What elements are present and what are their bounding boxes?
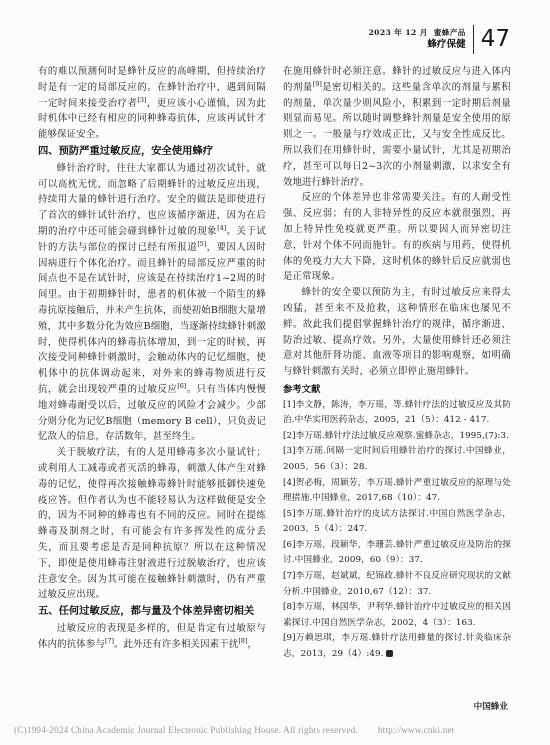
- references-heading: 参考文献: [283, 382, 511, 398]
- paragraph: 过敏反应的表现是多样的，但是肯定有过敏原与体内的抗体参与[7]。此外还有许多相关…: [38, 621, 266, 653]
- page-header: 2023 年 12 月蜜蜂产品 蜂疗保健 47: [369, 25, 511, 54]
- reference-item: [4]贺必梅，周颖芳，李万瑶.蜂针严重过敏反应的原理与处理措施.中国蜂业，201…: [283, 476, 511, 507]
- copyright-text: (C)1994-2024 China Academic Journal Elec…: [14, 725, 358, 735]
- section-heading: 五、任何过敏反应，都与量及个体差异密切相关: [38, 604, 266, 620]
- header-divider: [473, 25, 474, 54]
- journal-page: 2023 年 12 月蜜蜂产品 蜂疗保健 47 有的难以预测何时是蜂针反应的高峰…: [0, 0, 550, 745]
- issue-line: 2023 年 12 月蜜蜂产品: [369, 28, 466, 37]
- reference-item: [2]李万瑶.蜂针疗法过敏反应观察.蜜蜂杂志，1995,(7):3.: [283, 429, 511, 445]
- right-column: 在施用蜂针时必须注意。蜂针的过敏反应与进入体内的剂量[9]是密切相关的。这些量含…: [283, 64, 511, 698]
- paragraph: 关于脱敏疗法，有的人是用蜂毒多次小量试针；或利用人工减毒或者灭活的蜂毒，刺激人体…: [38, 445, 266, 603]
- reference-item: [5]李万瑶.蜂针治疗的皮试方法探讨.中国自然医学杂志，2003，5（4）：24…: [283, 507, 511, 538]
- paragraph: 蜂针治疗时，往往大家都认为通过初次试针，就可以高枕无忧，而忽略了后期蜂针的过敏反…: [38, 161, 266, 445]
- section-heading: 四、预防严重过敏反应，安全使用蜂疗: [38, 144, 266, 160]
- series-title: 蜜蜂产品: [434, 28, 466, 37]
- column-title: 蜂疗保健: [369, 39, 466, 51]
- journal-name: 中国蜂业: [474, 700, 508, 712]
- reference-item: [3]李万瑶.间隔一定时间后用蜂针治疗的探讨.中国蜂业，2005，56（3）：2…: [283, 444, 511, 475]
- cnki-url: http://www.cnki.net: [378, 725, 455, 735]
- page-number: 47: [481, 28, 510, 51]
- reference-item: [9]万赖思琪，李万瑶.蜂针疗法用蜂量的探讨.针灸临床杂志，2013，29（4）…: [283, 631, 511, 662]
- copyright-footer: (C)1994-2024 China Academic Journal Elec…: [14, 725, 455, 735]
- paragraph: 有的难以预测何时是蜂针反应的高峰期，但持续治疗时是有一定的局部反应的。在蜂针治疗…: [38, 64, 266, 143]
- paragraph: 反应的个体差异也非常需要关注。有的人耐受性强、反应弱；有的人非特异性的反应本就很…: [283, 190, 511, 285]
- reference-item: [8]李万瑶，林国华，尹利华.蜂针治疗中过敏反应的相关因素探讨.中国自然医学杂志…: [283, 600, 511, 631]
- article-body: 有的难以预测何时是蜂针反应的高峰期，但持续治疗时是有一定的局部反应的。在蜂针治疗…: [38, 64, 512, 698]
- reference-item: [7]李万瑶，赵斌斌，纪锦政.蜂针不良反应研究现状的文献分析.中国蜂业，2010…: [283, 569, 511, 600]
- reference-item: [1]李文静，陈涛，李万瑶，等.蜂针疗法的过敏反应及其防治.中华实用医药杂志，2…: [283, 398, 511, 429]
- paragraph: 蜂针的安全要以预防为主，有时过敏反应来得太凶猛，甚至来不及抢救，这种情形在临床也…: [283, 285, 511, 380]
- paragraph: 在施用蜂针时必须注意。蜂针的过敏反应与进入体内的剂量[9]是密切相关的。这些量含…: [283, 64, 511, 190]
- left-column: 有的难以预测何时是蜂针反应的高峰期，但持续治疗时是有一定的局部反应的。在蜂针治疗…: [38, 64, 266, 698]
- reference-item: [6]李万瑶，段颖华，李珊芸.蜂针严重过敏反应及防治的探讨.中国蜂业，2009，…: [283, 538, 511, 569]
- journal-header-text: 2023 年 12 月蜜蜂产品 蜂疗保健: [369, 28, 466, 50]
- issue-date: 2023 年 12 月: [369, 28, 428, 37]
- journal-logo-end-icon: [386, 650, 393, 657]
